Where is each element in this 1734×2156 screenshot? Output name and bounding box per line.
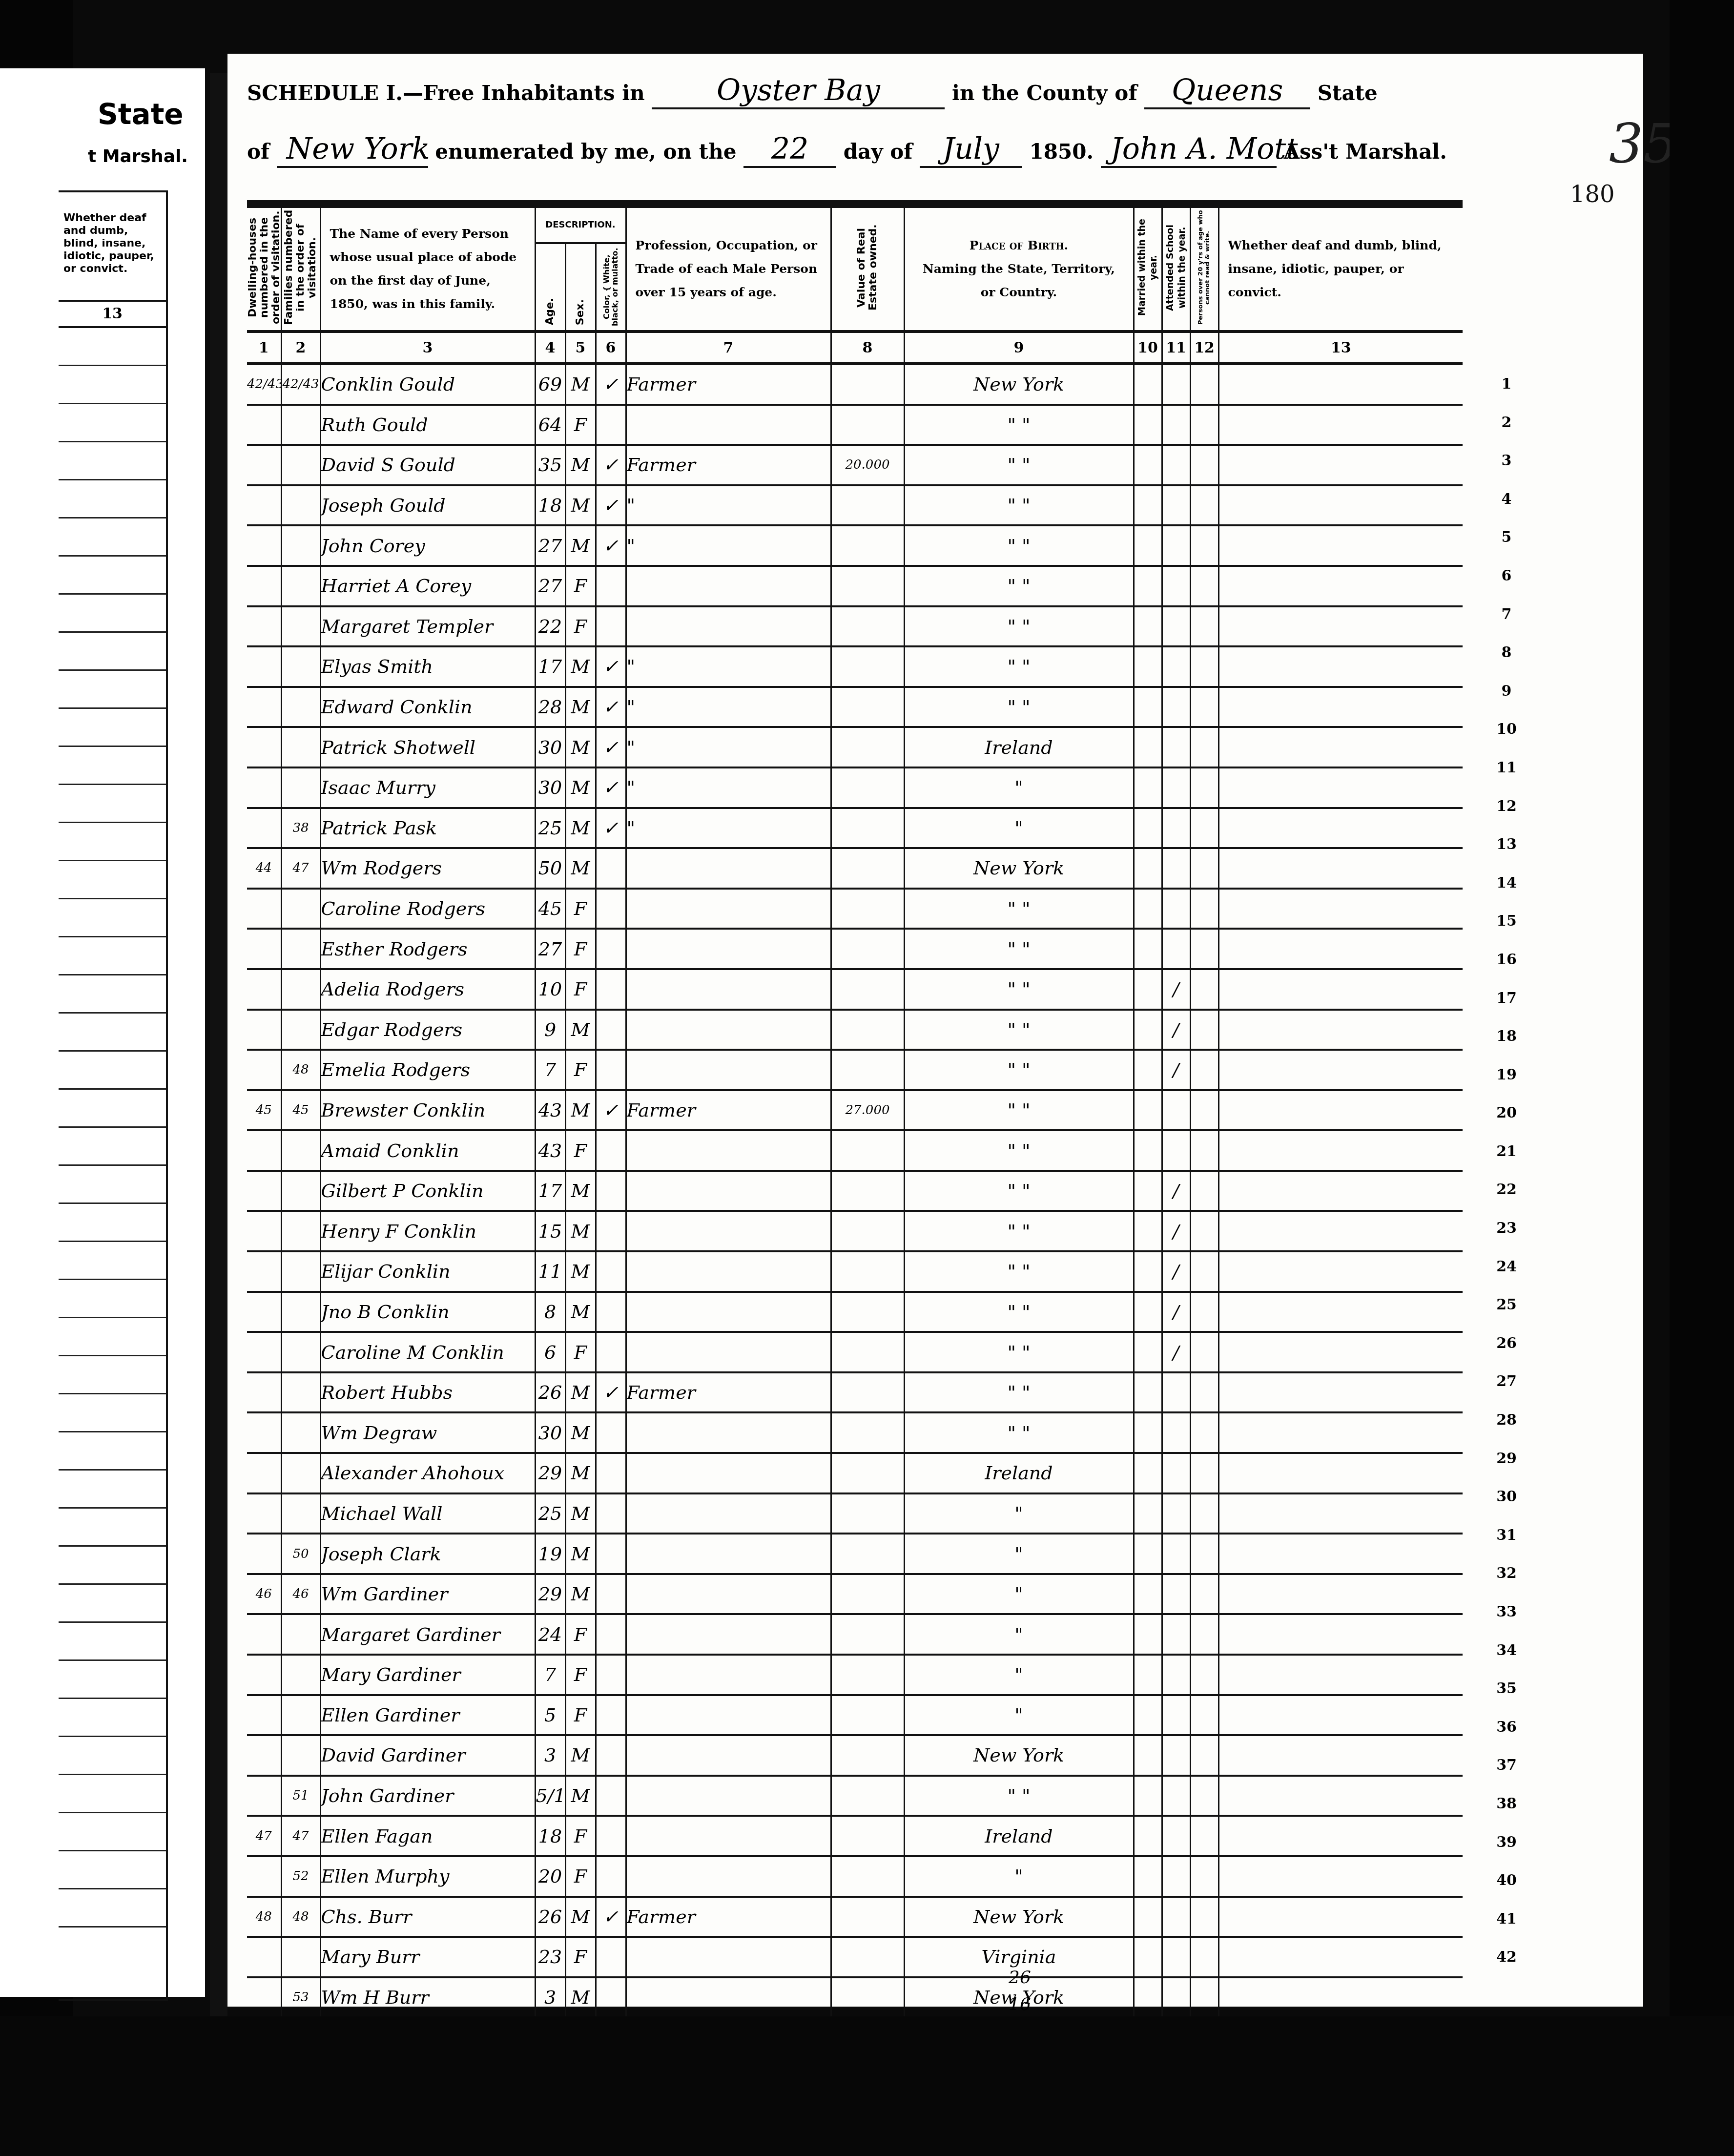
prev-page-col13-number: 13 (59, 302, 166, 328)
cell-age: 20 (535, 1856, 565, 1897)
cell-family (281, 969, 320, 1010)
cell-school: / (1162, 1292, 1190, 1332)
cell-dwelling (247, 485, 281, 526)
cell-empty (1190, 1776, 1218, 1816)
cell-empty (1190, 1453, 1218, 1493)
prev-page-marshal-label: t Marshal. (88, 146, 188, 166)
cell-color (596, 1574, 626, 1615)
cell-empty (1218, 727, 1463, 767)
previous-page-fragment: State t Marshal. Whether deaf and dumb, … (0, 68, 205, 1997)
cell-sex: M (565, 364, 596, 405)
cell-empty (1218, 566, 1463, 606)
line-number: 19 (1487, 1056, 1526, 1095)
cell-empty (1134, 1412, 1162, 1453)
cell-family (281, 1130, 320, 1171)
cell-sex: F (565, 1130, 596, 1171)
prev-page-row (59, 671, 166, 709)
cell-dwelling: 46 (247, 1574, 281, 1615)
cell-name: Chs. Burr (320, 1897, 535, 1937)
cell-empty (1190, 848, 1218, 889)
cell-empty (1190, 1856, 1218, 1897)
enumeration-line: of New York enumerated by me, on the 22 … (247, 132, 1447, 168)
prev-page-row (59, 1166, 166, 1204)
cell-real-estate (831, 1171, 904, 1211)
cell-real-estate (831, 1372, 904, 1413)
cell-empty (1134, 1655, 1162, 1695)
cell-real-estate (831, 1937, 904, 1977)
cell-empty (1190, 1655, 1218, 1695)
prev-page-row (59, 1356, 166, 1394)
cell-birthplace: " " (904, 1050, 1134, 1090)
line-number: 9 (1487, 672, 1526, 711)
cell-name: Elyas Smith (320, 646, 535, 687)
cell-name: Joseph Gould (320, 485, 535, 526)
cell-family (281, 929, 320, 969)
census-row: 4545Brewster Conklin43M✓Farmer27.000" " (247, 1090, 1463, 1131)
cell-real-estate (831, 646, 904, 687)
cell-name: Mary Burr (320, 1937, 535, 1977)
cell-age: 35 (535, 445, 565, 485)
cell-family (281, 889, 320, 929)
cell-real-estate (831, 687, 904, 727)
cell-sex: M (565, 1735, 596, 1776)
cell-birthplace: " " (904, 1776, 1134, 1816)
cell-empty (1190, 1292, 1218, 1332)
line-number: 3 (1487, 442, 1526, 480)
cell-name: Ellen Fagan (320, 1816, 535, 1856)
cell-dwelling (247, 727, 281, 767)
cell-empty (1134, 767, 1162, 808)
cell-dwelling (247, 1695, 281, 1736)
header-disability: Whether deaf and dumb, blind, insane, id… (1218, 208, 1463, 332)
cell-empty (1218, 1856, 1463, 1897)
census-row: Ellen Gardiner5F" (247, 1695, 1463, 1736)
cell-birthplace: " (904, 1534, 1134, 1574)
cell-occupation (626, 1614, 831, 1655)
cell-empty (1190, 727, 1218, 767)
census-row: Michael Wall25M" (247, 1493, 1463, 1534)
header-school: Attended School within the year. (1162, 208, 1190, 332)
cell-occupation (626, 1534, 831, 1574)
line-number: 8 (1487, 634, 1526, 672)
cell-sex: M (565, 687, 596, 727)
cell-empty (1190, 566, 1218, 606)
cell-empty (1218, 1332, 1463, 1372)
cell-name: Gilbert P Conklin (320, 1171, 535, 1211)
cell-age: 45 (535, 889, 565, 929)
cell-name: Wm Gardiner (320, 1574, 535, 1615)
prev-page-row (59, 442, 166, 480)
cell-dwelling: 47 (247, 1816, 281, 1856)
cell-dwelling (247, 808, 281, 849)
cell-sex: M (565, 1171, 596, 1211)
cell-empty (1190, 1816, 1218, 1856)
cell-sex: F (565, 606, 596, 647)
census-row: David S Gould35M✓Farmer20.000" " (247, 445, 1463, 485)
cell-empty (1134, 525, 1162, 566)
cell-empty (1190, 445, 1218, 485)
line-number: 26 (1487, 1325, 1526, 1363)
cell-birthplace: " " (904, 485, 1134, 526)
prev-page-row (59, 1661, 166, 1699)
cell-dwelling (247, 1856, 281, 1897)
column-number: 3 (320, 332, 535, 364)
cell-empty (1134, 646, 1162, 687)
township-field: Oyster Bay (652, 73, 945, 109)
prev-page-row (59, 1052, 166, 1090)
cell-school (1162, 1655, 1190, 1695)
cell-real-estate (831, 767, 904, 808)
prev-page-state-label: State (98, 98, 184, 131)
column-number: 13 (1218, 332, 1463, 364)
column-number: 4 (535, 332, 565, 364)
cell-sex: F (565, 929, 596, 969)
cell-family (281, 767, 320, 808)
cell-school (1162, 566, 1190, 606)
census-row: 38Patrick Pask25M✓"" (247, 808, 1463, 849)
cell-color (596, 1695, 626, 1736)
cell-dwelling (247, 889, 281, 929)
cell-age: 50 (535, 848, 565, 889)
column-number: 6 (596, 332, 626, 364)
cell-sex: F (565, 566, 596, 606)
cell-sex: M (565, 727, 596, 767)
prev-page-row (59, 557, 166, 595)
cell-occupation: " (626, 525, 831, 566)
month-field: July (920, 132, 1022, 168)
printed-page-number: 180 (1570, 181, 1615, 208)
line-number: 37 (1487, 1746, 1526, 1785)
census-row: Mary Gardiner7F" (247, 1655, 1463, 1695)
line-number: 35 (1487, 1670, 1526, 1708)
cell-dwelling (247, 1050, 281, 1090)
cell-empty (1134, 485, 1162, 526)
prev-page-row (59, 975, 166, 1014)
cell-family (281, 1695, 320, 1736)
cell-empty (1218, 1412, 1463, 1453)
cell-family (281, 687, 320, 727)
cell-school: / (1162, 1171, 1190, 1211)
cell-color (596, 848, 626, 889)
cell-empty (1134, 1050, 1162, 1090)
prev-page-row (59, 1509, 166, 1547)
cell-real-estate (831, 929, 904, 969)
cell-school (1162, 727, 1190, 767)
cell-dwelling (247, 1977, 281, 2018)
header-married: Married within the year. (1134, 208, 1162, 332)
cell-empty (1134, 1695, 1162, 1736)
cell-dwelling (247, 1614, 281, 1655)
cell-family (281, 1332, 320, 1372)
cell-empty (1190, 1251, 1218, 1292)
cell-sex: M (565, 1211, 596, 1251)
column-number: 5 (565, 332, 596, 364)
cell-color: ✓ (596, 646, 626, 687)
cell-sex: M (565, 1372, 596, 1413)
cell-empty (1134, 606, 1162, 647)
census-row: Wm Degraw30M" " (247, 1412, 1463, 1453)
cell-dwelling (247, 1251, 281, 1292)
cell-dwelling (247, 1655, 281, 1695)
cell-occupation: " (626, 646, 831, 687)
cell-name: Harriet A Corey (320, 566, 535, 606)
cell-birthplace: " " (904, 646, 1134, 687)
cell-dwelling (247, 767, 281, 808)
cell-occupation: Farmer (626, 445, 831, 485)
prev-page-row (59, 1432, 166, 1471)
cell-sex: M (565, 1453, 596, 1493)
cell-real-estate (831, 606, 904, 647)
cell-empty (1218, 1050, 1463, 1090)
prev-page-row (59, 1394, 166, 1432)
cell-occupation (626, 1251, 831, 1292)
cell-dwelling (247, 1412, 281, 1453)
cell-color (596, 1211, 626, 1251)
cell-family: 47 (281, 1816, 320, 1856)
cell-name: Isaac Murry (320, 767, 535, 808)
cell-age: 69 (535, 364, 565, 405)
census-row: 42/4342/43Conklin Gould69M✓FarmerNew Yor… (247, 364, 1463, 405)
cell-school (1162, 1816, 1190, 1856)
cell-empty (1134, 969, 1162, 1010)
cell-empty (1134, 364, 1162, 405)
line-number: 23 (1487, 1209, 1526, 1248)
prev-page-row (59, 823, 166, 861)
cell-real-estate (831, 889, 904, 929)
line-number: 36 (1487, 1708, 1526, 1747)
cell-color (596, 1050, 626, 1090)
cell-occupation (626, 1574, 831, 1615)
cell-name: John Corey (320, 525, 535, 566)
cell-color (596, 1292, 626, 1332)
cell-family (281, 606, 320, 647)
census-row: 51John Gardiner5/12M" " (247, 1776, 1463, 1816)
cell-empty (1190, 364, 1218, 405)
cell-sex: M (565, 525, 596, 566)
census-row: 53Wm H Burr3MNew York (247, 1977, 1463, 2018)
line-number: 13 (1487, 826, 1526, 864)
cell-school (1162, 1735, 1190, 1776)
header-family: Families numbered in the order of visita… (281, 208, 320, 332)
cell-family: 51 (281, 1776, 320, 1816)
cell-school (1162, 808, 1190, 849)
cell-empty (1218, 1453, 1463, 1493)
cell-color (596, 1010, 626, 1050)
cell-name: Wm Rodgers (320, 848, 535, 889)
cell-birthplace: " " (904, 1090, 1134, 1131)
cell-name: Edgar Rodgers (320, 1010, 535, 1050)
census-row: Joseph Gould18M✓"" " (247, 485, 1463, 526)
prev-page-row (59, 1014, 166, 1052)
header-birthplace: Place of Birth. Naming the State, Territ… (904, 208, 1134, 332)
cell-empty (1190, 1412, 1218, 1453)
cell-sex: M (565, 767, 596, 808)
top-rule (247, 200, 1463, 208)
line-number: 5 (1487, 518, 1526, 557)
header-color: Color, { White, black, or mulatto. (595, 244, 625, 330)
cell-name: Brewster Conklin (320, 1090, 535, 1131)
cell-dwelling (247, 525, 281, 566)
cell-occupation (626, 1211, 831, 1251)
cell-sex: M (565, 1574, 596, 1615)
cell-sex: M (565, 646, 596, 687)
cell-birthplace: Ireland (904, 1816, 1134, 1856)
cell-name: Patrick Shotwell (320, 727, 535, 767)
cell-color: ✓ (596, 1897, 626, 1937)
cell-name: Ellen Gardiner (320, 1695, 535, 1736)
line-number: 12 (1487, 788, 1526, 826)
cell-family: 50 (281, 1534, 320, 1574)
cell-real-estate: 20.000 (831, 445, 904, 485)
cell-sex: M (565, 1897, 596, 1937)
cell-color (596, 1412, 626, 1453)
census-row: Elyas Smith17M✓"" " (247, 646, 1463, 687)
state-label: State (1318, 81, 1378, 105)
cell-name: Adelia Rodgers (320, 969, 535, 1010)
cell-name: Elijar Conklin (320, 1251, 535, 1292)
cell-family (281, 1655, 320, 1695)
cell-real-estate (831, 1493, 904, 1534)
cell-family (281, 646, 320, 687)
cell-occupation: " (626, 485, 831, 526)
cell-occupation (626, 969, 831, 1010)
cell-dwelling: 45 (247, 1090, 281, 1131)
census-row: Adelia Rodgers10F" "/ (247, 969, 1463, 1010)
cell-birthplace: " " (904, 405, 1134, 445)
cell-birthplace: " " (904, 525, 1134, 566)
cell-empty (1190, 1695, 1218, 1736)
cell-empty (1190, 767, 1218, 808)
scan-right-shadow (1670, 0, 1734, 2156)
prev-page-row (59, 1318, 166, 1356)
cell-empty (1134, 1493, 1162, 1534)
column-number-row: 12345678910111213 (247, 332, 1463, 364)
cell-school (1162, 1695, 1190, 1736)
line-number: 4 (1487, 480, 1526, 519)
cell-empty (1218, 1776, 1463, 1816)
census-row: David Gardiner3MNew York (247, 1735, 1463, 1776)
line-number: 7 (1487, 596, 1526, 634)
census-page: SCHEDULE I.—Free Inhabitants in Oyster B… (227, 54, 1643, 2007)
cell-birthplace: " " (904, 1292, 1134, 1332)
cell-real-estate (831, 1977, 904, 2018)
cell-family (281, 566, 320, 606)
cell-empty (1218, 848, 1463, 889)
cell-dwelling (247, 1493, 281, 1534)
cell-empty (1218, 1735, 1463, 1776)
line-number: 18 (1487, 1017, 1526, 1056)
cell-family: 48 (281, 1897, 320, 1937)
prev-page-row (59, 1090, 166, 1128)
cell-dwelling (247, 1171, 281, 1211)
cell-family (281, 1937, 320, 1977)
cell-school (1162, 1090, 1190, 1131)
cell-birthplace: " (904, 808, 1134, 849)
cell-empty (1134, 1292, 1162, 1332)
census-table-wrap: Dwelling-houses numbered in the order of… (247, 200, 1463, 2059)
cell-birthplace: " (904, 1695, 1134, 1736)
cell-color (596, 1614, 626, 1655)
cell-empty (1218, 1534, 1463, 1574)
cell-empty (1134, 1776, 1162, 1816)
prev-page-row (59, 861, 166, 899)
cell-occupation (626, 1977, 831, 2018)
cell-occupation: Farmer (626, 364, 831, 405)
census-row: Mary Burr23FVirginia (247, 1937, 1463, 1977)
cell-occupation (626, 1655, 831, 1695)
cell-occupation: " (626, 687, 831, 727)
prev-page-row (59, 785, 166, 823)
cell-age: 10 (535, 969, 565, 1010)
cell-empty (1134, 889, 1162, 929)
cell-family (281, 445, 320, 485)
cell-name: Conklin Gould (320, 364, 535, 405)
line-number: 28 (1487, 1401, 1526, 1440)
binding-spine (210, 73, 227, 2026)
cell-real-estate (831, 485, 904, 526)
cell-real-estate (831, 1453, 904, 1493)
cell-dwelling (247, 405, 281, 445)
cell-school (1162, 1130, 1190, 1171)
cell-age: 15 (535, 1211, 565, 1251)
cell-sex: F (565, 889, 596, 929)
cell-name: David Gardiner (320, 1735, 535, 1776)
cell-school: / (1162, 1251, 1190, 1292)
cell-empty (1218, 525, 1463, 566)
day-of-label: day of (844, 140, 913, 164)
cell-color (596, 1130, 626, 1171)
cell-age: 64 (535, 405, 565, 445)
cell-empty (1218, 364, 1463, 405)
cell-color: ✓ (596, 445, 626, 485)
cell-occupation (626, 1332, 831, 1372)
cell-empty (1134, 1453, 1162, 1493)
prev-page-row (59, 1851, 166, 1889)
cell-empty (1190, 1937, 1218, 1977)
cell-birthplace: New York (904, 848, 1134, 889)
cell-school (1162, 687, 1190, 727)
column-number: 10 (1134, 332, 1162, 364)
cell-name: Alexander Ahohoux (320, 1453, 535, 1493)
cell-name: Margaret Gardiner (320, 1614, 535, 1655)
cell-age: 23 (535, 1937, 565, 1977)
cell-name: Edward Conklin (320, 687, 535, 727)
cell-color: ✓ (596, 1090, 626, 1131)
cell-occupation (626, 1292, 831, 1332)
cell-real-estate (831, 1010, 904, 1050)
cell-sex: M (565, 848, 596, 889)
cell-empty (1190, 1977, 1218, 2018)
column-number: 12 (1190, 332, 1218, 364)
cell-sex: M (565, 1412, 596, 1453)
cell-name: Wm H Burr (320, 1977, 535, 2018)
cell-birthplace: " (904, 1655, 1134, 1695)
cell-birthplace: " " (904, 1010, 1134, 1050)
prev-page-row (59, 747, 166, 785)
cell-occupation (626, 1816, 831, 1856)
cell-empty (1134, 1130, 1162, 1171)
prev-page-row (59, 1471, 166, 1509)
cell-school (1162, 525, 1190, 566)
cell-empty (1134, 1211, 1162, 1251)
cell-school (1162, 445, 1190, 485)
line-number: 42 (1487, 1938, 1526, 1977)
cell-age: 3 (535, 1735, 565, 1776)
cell-family: 42/43 (281, 364, 320, 405)
cell-name: Joseph Clark (320, 1534, 535, 1574)
census-row: Alexander Ahohoux29MIreland (247, 1453, 1463, 1493)
cell-family: 52 (281, 1856, 320, 1897)
